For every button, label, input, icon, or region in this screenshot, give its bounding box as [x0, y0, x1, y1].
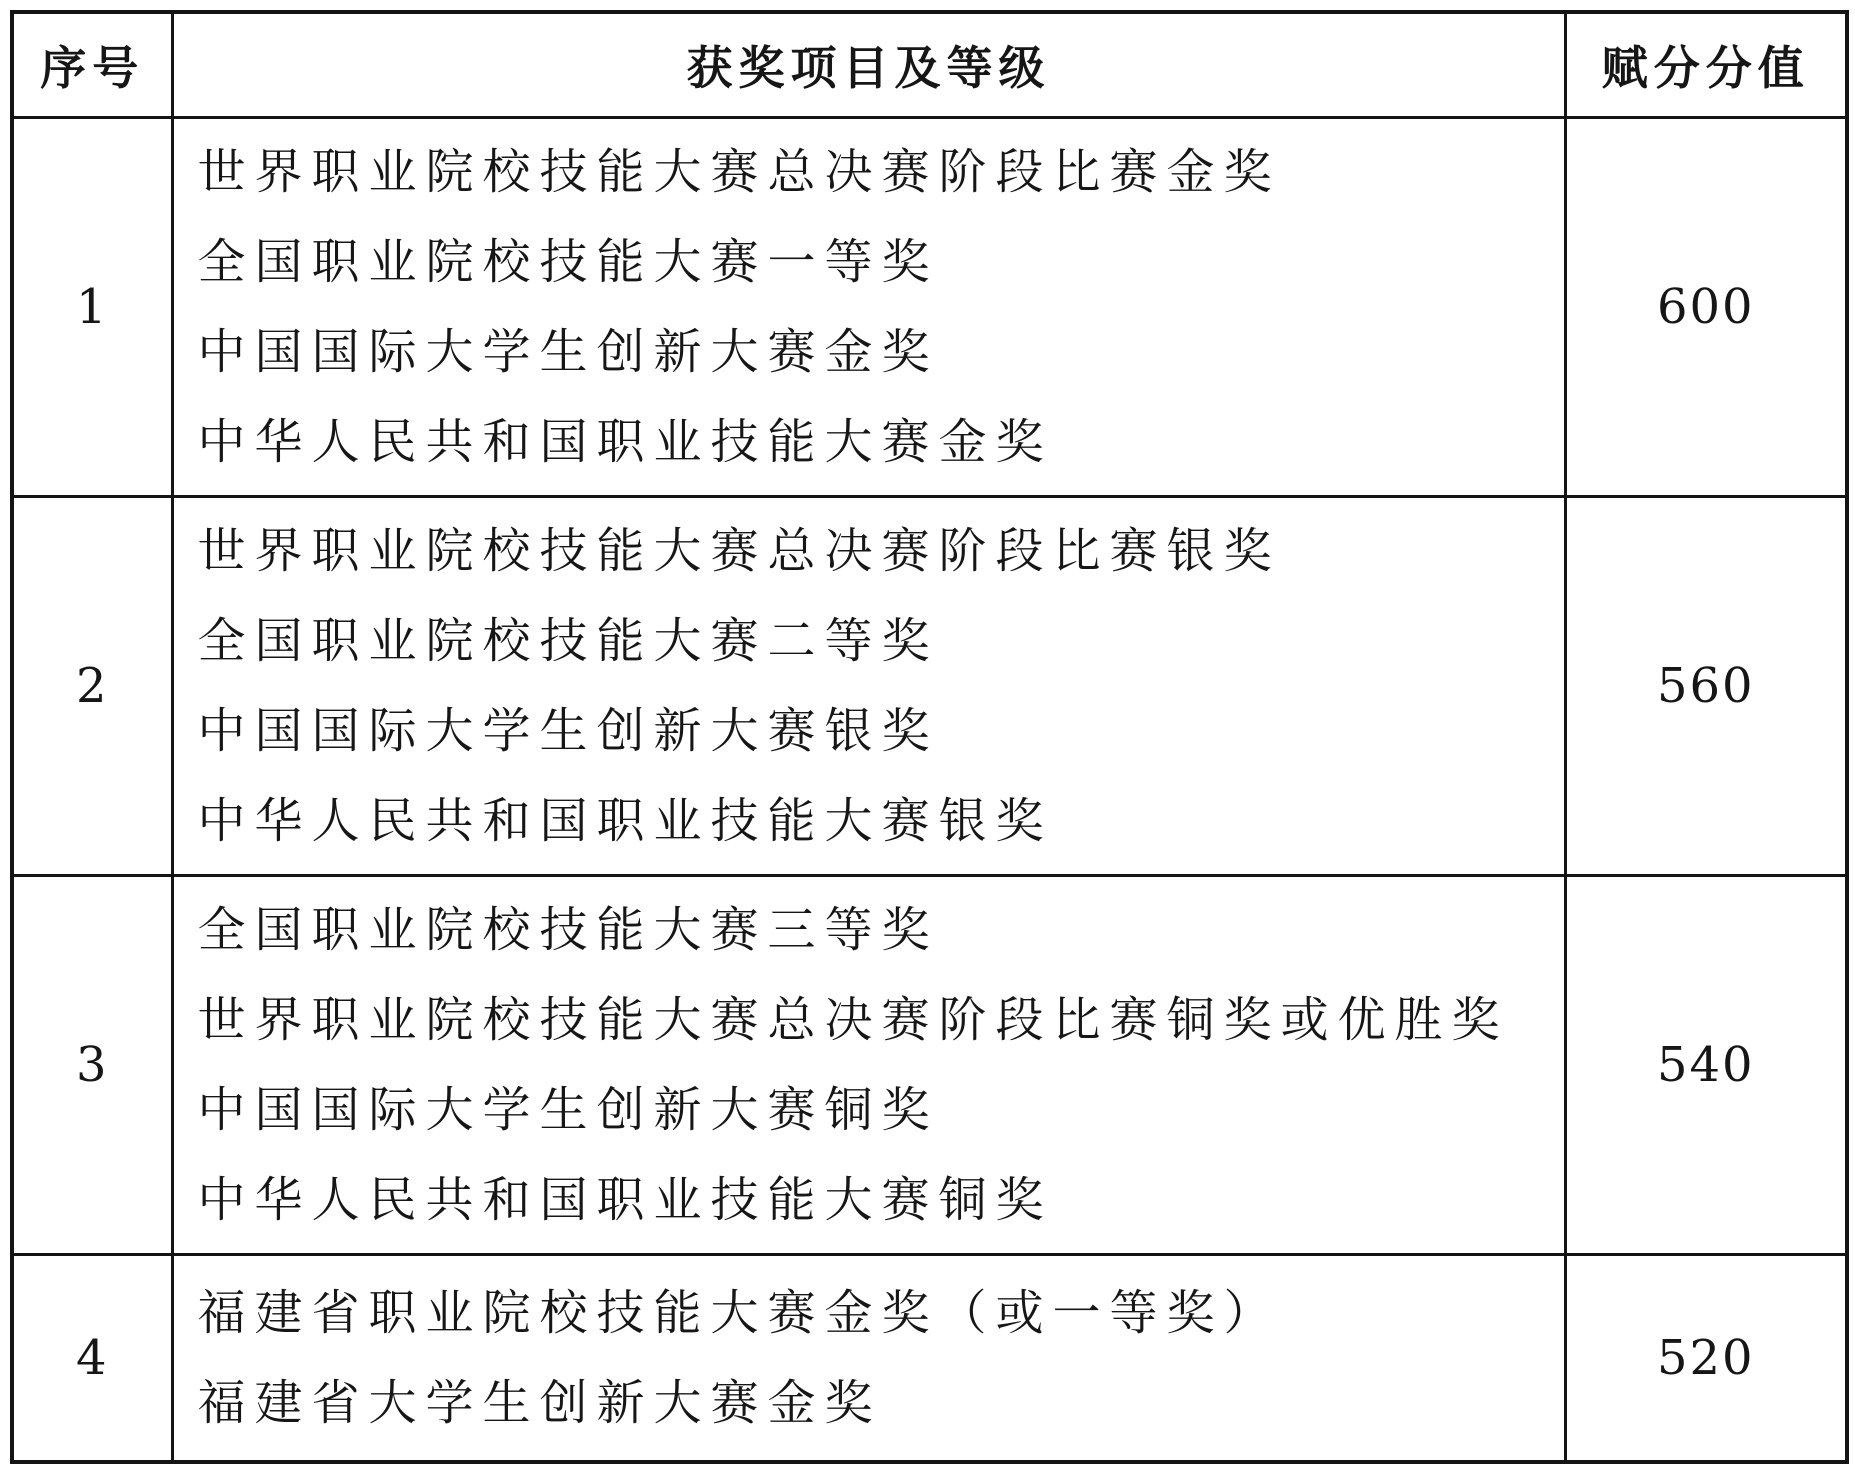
award-item: 全国职业院校技能大赛三等奖	[198, 885, 1554, 975]
table-row: 2 世界职业院校技能大赛总决赛阶段比赛银奖 全国职业院校技能大赛二等奖 中国国际…	[12, 497, 1847, 876]
table-row: 3 全国职业院校技能大赛三等奖 世界职业院校技能大赛总决赛阶段比赛铜奖或优胜奖 …	[12, 876, 1847, 1255]
row-score: 540	[1565, 876, 1847, 1255]
row-serial-number: 2	[12, 497, 172, 876]
award-item: 福建省职业院校技能大赛金奖（或一等奖）	[198, 1268, 1554, 1358]
award-item: 中华人民共和国职业技能大赛金奖	[198, 397, 1554, 487]
award-items-cell: 世界职业院校技能大赛总决赛阶段比赛银奖 全国职业院校技能大赛二等奖 中国国际大学…	[172, 497, 1565, 876]
award-item: 全国职业院校技能大赛一等奖	[198, 217, 1554, 307]
row-score: 600	[1565, 118, 1847, 497]
award-item: 中国国际大学生创新大赛银奖	[198, 686, 1554, 776]
award-item: 世界职业院校技能大赛总决赛阶段比赛金奖	[198, 127, 1554, 217]
award-item: 中国国际大学生创新大赛铜奖	[198, 1065, 1554, 1155]
award-score-table: 序号 获奖项目及等级 赋分分值 1 世界职业院校技能大赛总决赛阶段比赛金奖 全国…	[10, 10, 1849, 1464]
award-items-cell: 世界职业院校技能大赛总决赛阶段比赛金奖 全国职业院校技能大赛一等奖 中国国际大学…	[172, 118, 1565, 497]
award-items-cell: 福建省职业院校技能大赛金奖（或一等奖） 福建省大学生创新大赛金奖	[172, 1255, 1565, 1463]
table-row: 4 福建省职业院校技能大赛金奖（或一等奖） 福建省大学生创新大赛金奖 520	[12, 1255, 1847, 1463]
award-item: 全国职业院校技能大赛二等奖	[198, 596, 1554, 686]
award-item: 中华人民共和国职业技能大赛铜奖	[198, 1155, 1554, 1245]
award-item: 世界职业院校技能大赛总决赛阶段比赛银奖	[198, 506, 1554, 596]
award-item: 中国国际大学生创新大赛金奖	[198, 307, 1554, 397]
header-serial-number: 序号	[12, 12, 172, 118]
header-row: 序号 获奖项目及等级 赋分分值	[12, 12, 1847, 118]
row-score: 560	[1565, 497, 1847, 876]
row-serial-number: 4	[12, 1255, 172, 1463]
row-serial-number: 1	[12, 118, 172, 497]
row-score: 520	[1565, 1255, 1847, 1463]
award-item: 福建省大学生创新大赛金奖	[198, 1358, 1554, 1448]
header-award-project-level: 获奖项目及等级	[172, 12, 1565, 118]
header-assigned-score: 赋分分值	[1565, 12, 1847, 118]
award-item: 中华人民共和国职业技能大赛银奖	[198, 776, 1554, 866]
row-serial-number: 3	[12, 876, 172, 1255]
award-items-cell: 全国职业院校技能大赛三等奖 世界职业院校技能大赛总决赛阶段比赛铜奖或优胜奖 中国…	[172, 876, 1565, 1255]
award-item: 世界职业院校技能大赛总决赛阶段比赛铜奖或优胜奖	[198, 975, 1554, 1065]
table-row: 1 世界职业院校技能大赛总决赛阶段比赛金奖 全国职业院校技能大赛一等奖 中国国际…	[12, 118, 1847, 497]
